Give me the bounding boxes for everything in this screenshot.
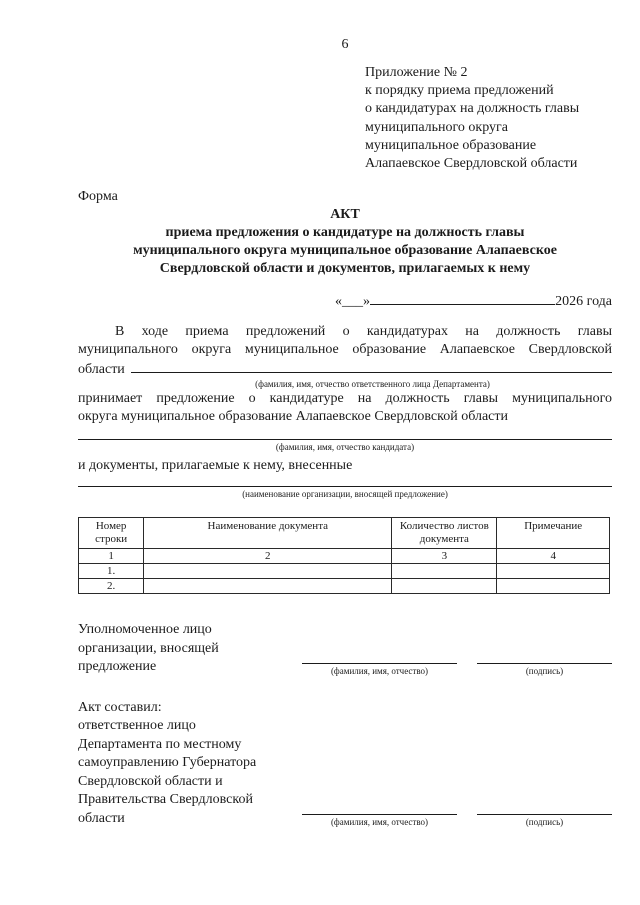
signature-label-line: Департамента по местному [78, 736, 256, 755]
signature-block-act-composer: Акт составил: ответственное лицо Департа… [78, 699, 612, 829]
official-blank-rule [131, 359, 612, 373]
signature-label-line: самоуправлению Губернатора [78, 754, 256, 773]
table-numbering-cell: 3 [392, 549, 497, 564]
table-header-note: Примечание [497, 518, 610, 549]
table-header-sheet-count: Количество листов документа [392, 518, 497, 549]
candidate-blank-rule [78, 426, 612, 440]
appendix-line: Алапаевское Свердловской области [365, 155, 612, 173]
organization-blank-rule [78, 475, 612, 487]
signature-sign-field: (подпись) [477, 651, 612, 677]
appendix-line: Приложение № 2 [365, 64, 612, 82]
signature-sign-field: (подпись) [477, 802, 612, 828]
day-blank: «___» [335, 293, 370, 310]
appendix-line: муниципального округа [365, 119, 612, 137]
signature-label-line: Акт составил: [78, 699, 256, 718]
signature-name-field: (фамилия, имя, отчество) [302, 651, 457, 677]
table-header-row: Номер строки Наименование документа Коли… [79, 518, 610, 549]
caption-full-name: (фамилия, имя, отчество) [302, 664, 457, 677]
body-paragraph-line: области [78, 361, 125, 379]
signature-label: Уполномоченное лицо организации, вносяще… [78, 621, 219, 677]
signature-label: Акт составил: ответственное лицо Департа… [78, 699, 256, 829]
table-row: 1. [79, 564, 610, 579]
signature-label-line: Уполномоченное лицо [78, 621, 219, 640]
signature-block-authorized-person: Уполномоченное лицо организации, вносяще… [78, 621, 612, 677]
form-label: Форма [78, 188, 612, 206]
signature-label-line: Свердловской области и [78, 773, 256, 792]
table-cell-sheet-count [392, 579, 497, 594]
date-line: «___» 2026 года [335, 291, 612, 310]
act-title: АКТ [78, 206, 612, 224]
table-header-document-name: Наименование документа [144, 518, 392, 549]
signature-name-rule [302, 651, 457, 664]
signature-lines: (фамилия, имя, отчество) (подпись) [302, 802, 612, 828]
table-cell-row-number: 1. [79, 564, 144, 579]
signature-label-line: организации, вносящей [78, 640, 219, 659]
appendix-line: муниципальное образование [365, 137, 612, 155]
act-subtitle-line: приема предложения о кандидатуре на долж… [78, 224, 612, 242]
date-blank-rule [370, 291, 555, 305]
signature-sign-rule [477, 651, 612, 664]
table-numbering-cell: 2 [144, 549, 392, 564]
caption-organization: (наименование организации, вносящей пред… [78, 489, 612, 500]
official-blank-line: области [78, 359, 612, 379]
body-paragraph-line: принимает предложение о кандидатуре на д… [78, 390, 612, 408]
table-cell-sheet-count [392, 564, 497, 579]
signature-name-field: (фамилия, имя, отчество) [302, 802, 457, 828]
table-cell-document-name [144, 564, 392, 579]
caption-candidate: (фамилия, имя, отчество кандидата) [78, 442, 612, 453]
table-header-row-number: Номер строки [79, 518, 144, 549]
caption-responsible-official: (фамилия, имя, отчество ответственного л… [78, 379, 612, 390]
table-cell-row-number: 2. [79, 579, 144, 594]
documents-table: Номер строки Наименование документа Коли… [78, 517, 610, 594]
table-numbering-row: 1 2 3 4 [79, 549, 610, 564]
signature-sign-rule [477, 802, 612, 815]
table-row: 2. [79, 579, 610, 594]
attachments-text: и документы, прилагаемые к нему, внесенн… [78, 457, 612, 475]
year-label: 2026 года [555, 293, 612, 310]
caption-signature: (подпись) [477, 664, 612, 677]
table-numbering-cell: 1 [79, 549, 144, 564]
body-paragraph-line: В ходе приема предложений о кандидатурах… [78, 323, 612, 341]
table-cell-document-name [144, 579, 392, 594]
signature-lines: (фамилия, имя, отчество) (подпись) [302, 651, 612, 677]
table-numbering-cell: 4 [497, 549, 610, 564]
signature-name-rule [302, 802, 457, 815]
caption-full-name: (фамилия, имя, отчество) [302, 815, 457, 828]
act-title-block: АКТ приема предложения о кандидатуре на … [78, 206, 612, 278]
table-cell-note [497, 579, 610, 594]
act-subtitle-line: Свердловской области и документов, прила… [78, 260, 612, 278]
appendix-note: Приложение № 2 к порядку приема предложе… [365, 64, 612, 173]
signature-label-line: Правительства Свердловской [78, 791, 256, 810]
signature-label-line: ответственное лицо [78, 717, 256, 736]
document-page: 6 Приложение № 2 к порядку приема предло… [0, 0, 640, 905]
act-subtitle-line: муниципального округа муниципальное обра… [78, 242, 612, 260]
page-number: 6 [78, 36, 612, 54]
body-paragraph-line: округа муниципальное образование Алапаев… [78, 408, 612, 426]
caption-signature: (подпись) [477, 815, 612, 828]
appendix-line: о кандидатурах на должность главы [365, 100, 612, 118]
body-paragraph-line: муниципального округа муниципальное обра… [78, 341, 612, 359]
table-cell-note [497, 564, 610, 579]
appendix-line: к порядку приема предложений [365, 82, 612, 100]
signature-label-line: предложение [78, 658, 219, 677]
signature-label-line: области [78, 810, 256, 829]
